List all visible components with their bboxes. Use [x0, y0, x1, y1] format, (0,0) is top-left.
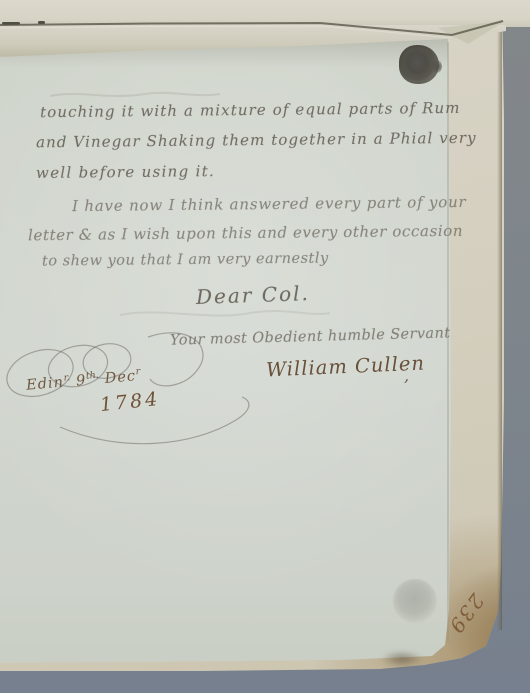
dateline-month-sup: r	[135, 366, 140, 377]
salutation: Dear Col.	[196, 281, 311, 309]
scanned-letter-photo: touching it with a mixture of equal part…	[0, 0, 530, 693]
signature-flourish: ,	[404, 366, 410, 385]
dateline-month: Dec	[99, 368, 137, 387]
under-leaf-edge	[497, 30, 502, 630]
seal-show-through	[393, 579, 437, 623]
letter-line-6: to shew you that I am very earnestly	[42, 250, 329, 269]
dateline-day-sup: th.	[85, 370, 99, 382]
corner-smudge	[380, 650, 424, 668]
crease-line	[0, 18, 530, 68]
dateline-place: Edin	[26, 375, 65, 394]
dateline-day: 9	[70, 373, 87, 390]
letter-line-3: well before using it.	[36, 162, 215, 182]
